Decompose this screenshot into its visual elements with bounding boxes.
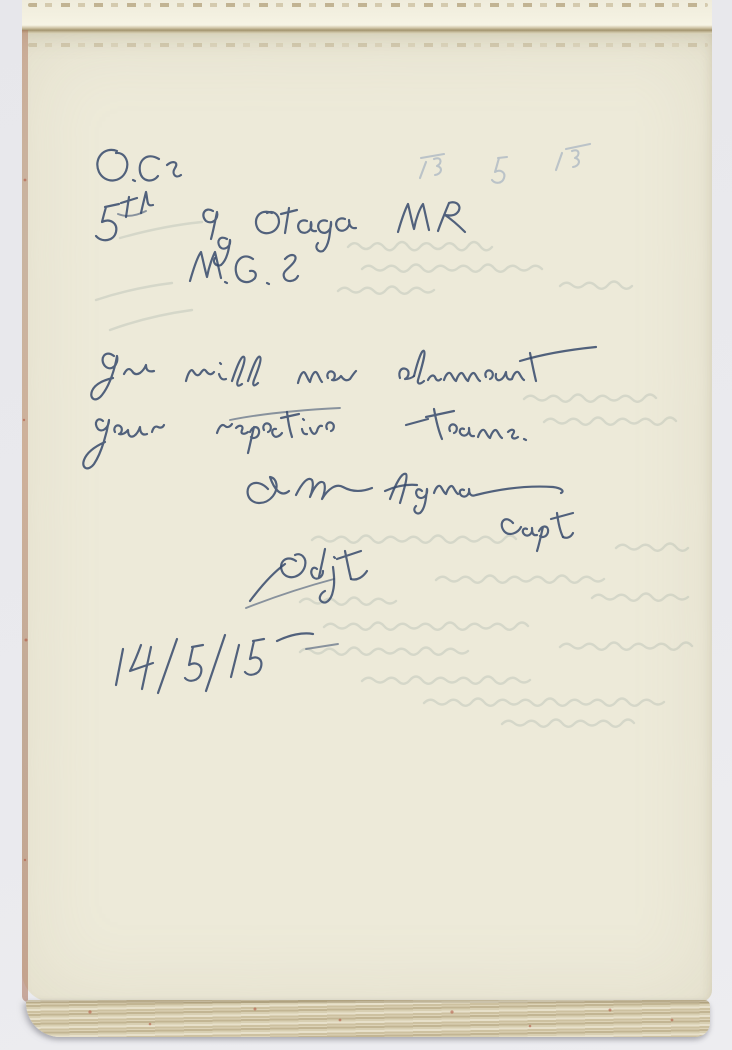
handwriting-layer <box>0 0 732 1050</box>
handwriting-pencil-date <box>420 144 590 183</box>
ghost-writing <box>96 222 692 727</box>
handwriting-addressee <box>97 150 181 181</box>
handwriting-message-line-2 <box>83 408 526 468</box>
handwriting-signature-rank <box>502 513 573 551</box>
page-edge-speckles <box>23 179 674 1028</box>
handwriting-message-line-1 <box>91 347 596 399</box>
handwriting-date-line <box>116 633 313 693</box>
notebook-photo <box>0 0 732 1050</box>
handwriting-signature-name <box>248 474 563 514</box>
handwriting-unit-line <box>96 192 465 265</box>
handwriting-section-line <box>190 252 298 284</box>
